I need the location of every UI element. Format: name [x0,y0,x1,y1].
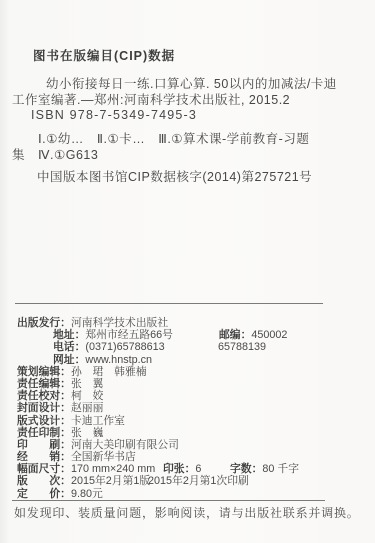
isbn-number: ISBN 978-7-5349-7495-3 [12,108,337,124]
print-supervisor-label: 责任印制： [17,427,71,439]
price-row: 定 价：9.80元 [17,488,179,500]
edition-row: 版 次：2015年2月第1版 2015年2月第1次印刷 [17,475,179,487]
responsible-editor-row: 责任编辑：张 翼 [17,378,179,390]
edition-label: 版 次： [17,475,71,487]
phone-row: 电话：(0371)65788613 65788139 [17,341,179,353]
proofreader-value: 柯 姣 [71,390,103,402]
address-value: 郑州市经五路66号 [85,329,173,341]
sheets-segment: 印张：6 [163,463,201,475]
printer-row: 印 刷：河南大美印刷有限公司 [17,439,179,451]
price-value: 9.80元 [71,488,103,500]
divider-top [15,303,323,304]
cover-design-label: 封面设计： [17,402,71,414]
colophon-block: 出版发行：河南科学技术出版社 地址：郑州市经五路66号 邮编：450002 电话… [17,317,179,500]
phone-value: (0371)65788613 [85,341,164,353]
cover-design-row: 封面设计：赵丽丽 [17,402,179,414]
cip-entry-title-line: 幼小衔接每日一练.口算心算. 50以内的加减法/卡迪 [12,77,337,93]
edition-value: 2015年2月第1版 [71,475,150,487]
price-label: 定 价： [17,488,71,500]
responsible-editor-label: 责任编辑： [17,378,71,390]
proofreader-label: 责任校对： [17,390,71,402]
format-label: 幅面尺寸： [17,463,71,475]
postcode-segment: 邮编：450002 [219,329,287,341]
cip-entry-publisher-line: 工作室编著.—郑州:河南科学技术出版社, 2015.2 [12,93,337,109]
word-count-label: 字数： [230,463,262,475]
sheets-label: 印张： [163,463,195,475]
format-row: 幅面尺寸：170 mm×240 mm 印张：6 字数：80 千字 [17,463,179,475]
cip-record-number: 中国版本图书馆CIP数据核字(2014)第275721号 [37,170,312,186]
distributor-label: 经 销： [17,451,71,463]
layout-design-value: 卡迪工作室 [71,415,125,427]
planning-editor-label: 策划编辑： [17,366,71,378]
layout-design-row: 版式设计：卡迪工作室 [17,415,179,427]
sheets-value: 6 [195,463,201,475]
cip-classification: Ⅰ.①幼… Ⅱ.①卡… Ⅲ.①算术课-学前教育-习题 集 Ⅳ.①G613 [12,132,309,163]
print-supervisor-value: 张 巍 [71,427,103,439]
cip-heading: 图书在版编目(CIP)数据 [33,46,175,64]
publisher-value: 河南科学技术出版社 [71,317,168,329]
layout-design-label: 版式设计： [17,415,71,427]
print-supervisor-row: 责任印制：张 巍 [17,427,179,439]
book-copyright-page: 图书在版编目(CIP)数据 幼小衔接每日一练.口算心算. 50以内的加减法/卡迪… [0,0,375,543]
printer-value: 河南大美印刷有限公司 [71,439,179,451]
word-count-segment: 字数：80 千字 [230,463,299,475]
proofreader-row: 责任校对：柯 姣 [17,390,179,402]
cip-entry: 幼小衔接每日一练.口算心算. 50以内的加减法/卡迪 工作室编著.—郑州:河南科… [12,77,337,124]
phone-label: 电话： [53,341,85,353]
quality-notice: 如发现印、装质量问题，影响阅读，请与出版社联系并调换。 [14,504,360,521]
classification-line2: 集 Ⅳ.①G613 [12,148,309,164]
responsible-editor-value: 张 翼 [71,378,103,390]
address-label: 地址： [53,329,85,341]
cover-design-value: 赵丽丽 [71,402,103,414]
distributor-row: 经 销：全国新华书店 [17,451,179,463]
publisher-row: 出版发行：河南科学技术出版社 [17,317,179,329]
phone-value-2: 65788139 [218,341,266,353]
postcode-label: 邮编： [219,329,251,341]
format-value: 170 mm×240 mm [71,463,155,475]
website-row: 网址：www.hnstp.cn [17,354,179,366]
planning-editor-row: 策划编辑：孙 珺 韩雅楠 [17,366,179,378]
address-row: 地址：郑州市经五路66号 邮编：450002 [17,329,179,341]
classification-line1: Ⅰ.①幼… Ⅱ.①卡… Ⅲ.①算术课-学前教育-习题 [12,132,309,148]
postcode-value: 450002 [251,329,287,341]
planning-editor-value: 孙 珺 韩雅楠 [71,366,147,378]
printer-label: 印 刷： [17,439,71,451]
printing-value: 2015年2月第1次印刷 [148,475,249,487]
distributor-value: 全国新华书店 [71,451,136,463]
word-count-value: 80 千字 [262,463,299,475]
website-label: 网址： [53,354,85,366]
publisher-label: 出版发行： [17,317,71,329]
divider-bottom [12,500,325,501]
website-value: www.hnstp.cn [85,354,152,366]
